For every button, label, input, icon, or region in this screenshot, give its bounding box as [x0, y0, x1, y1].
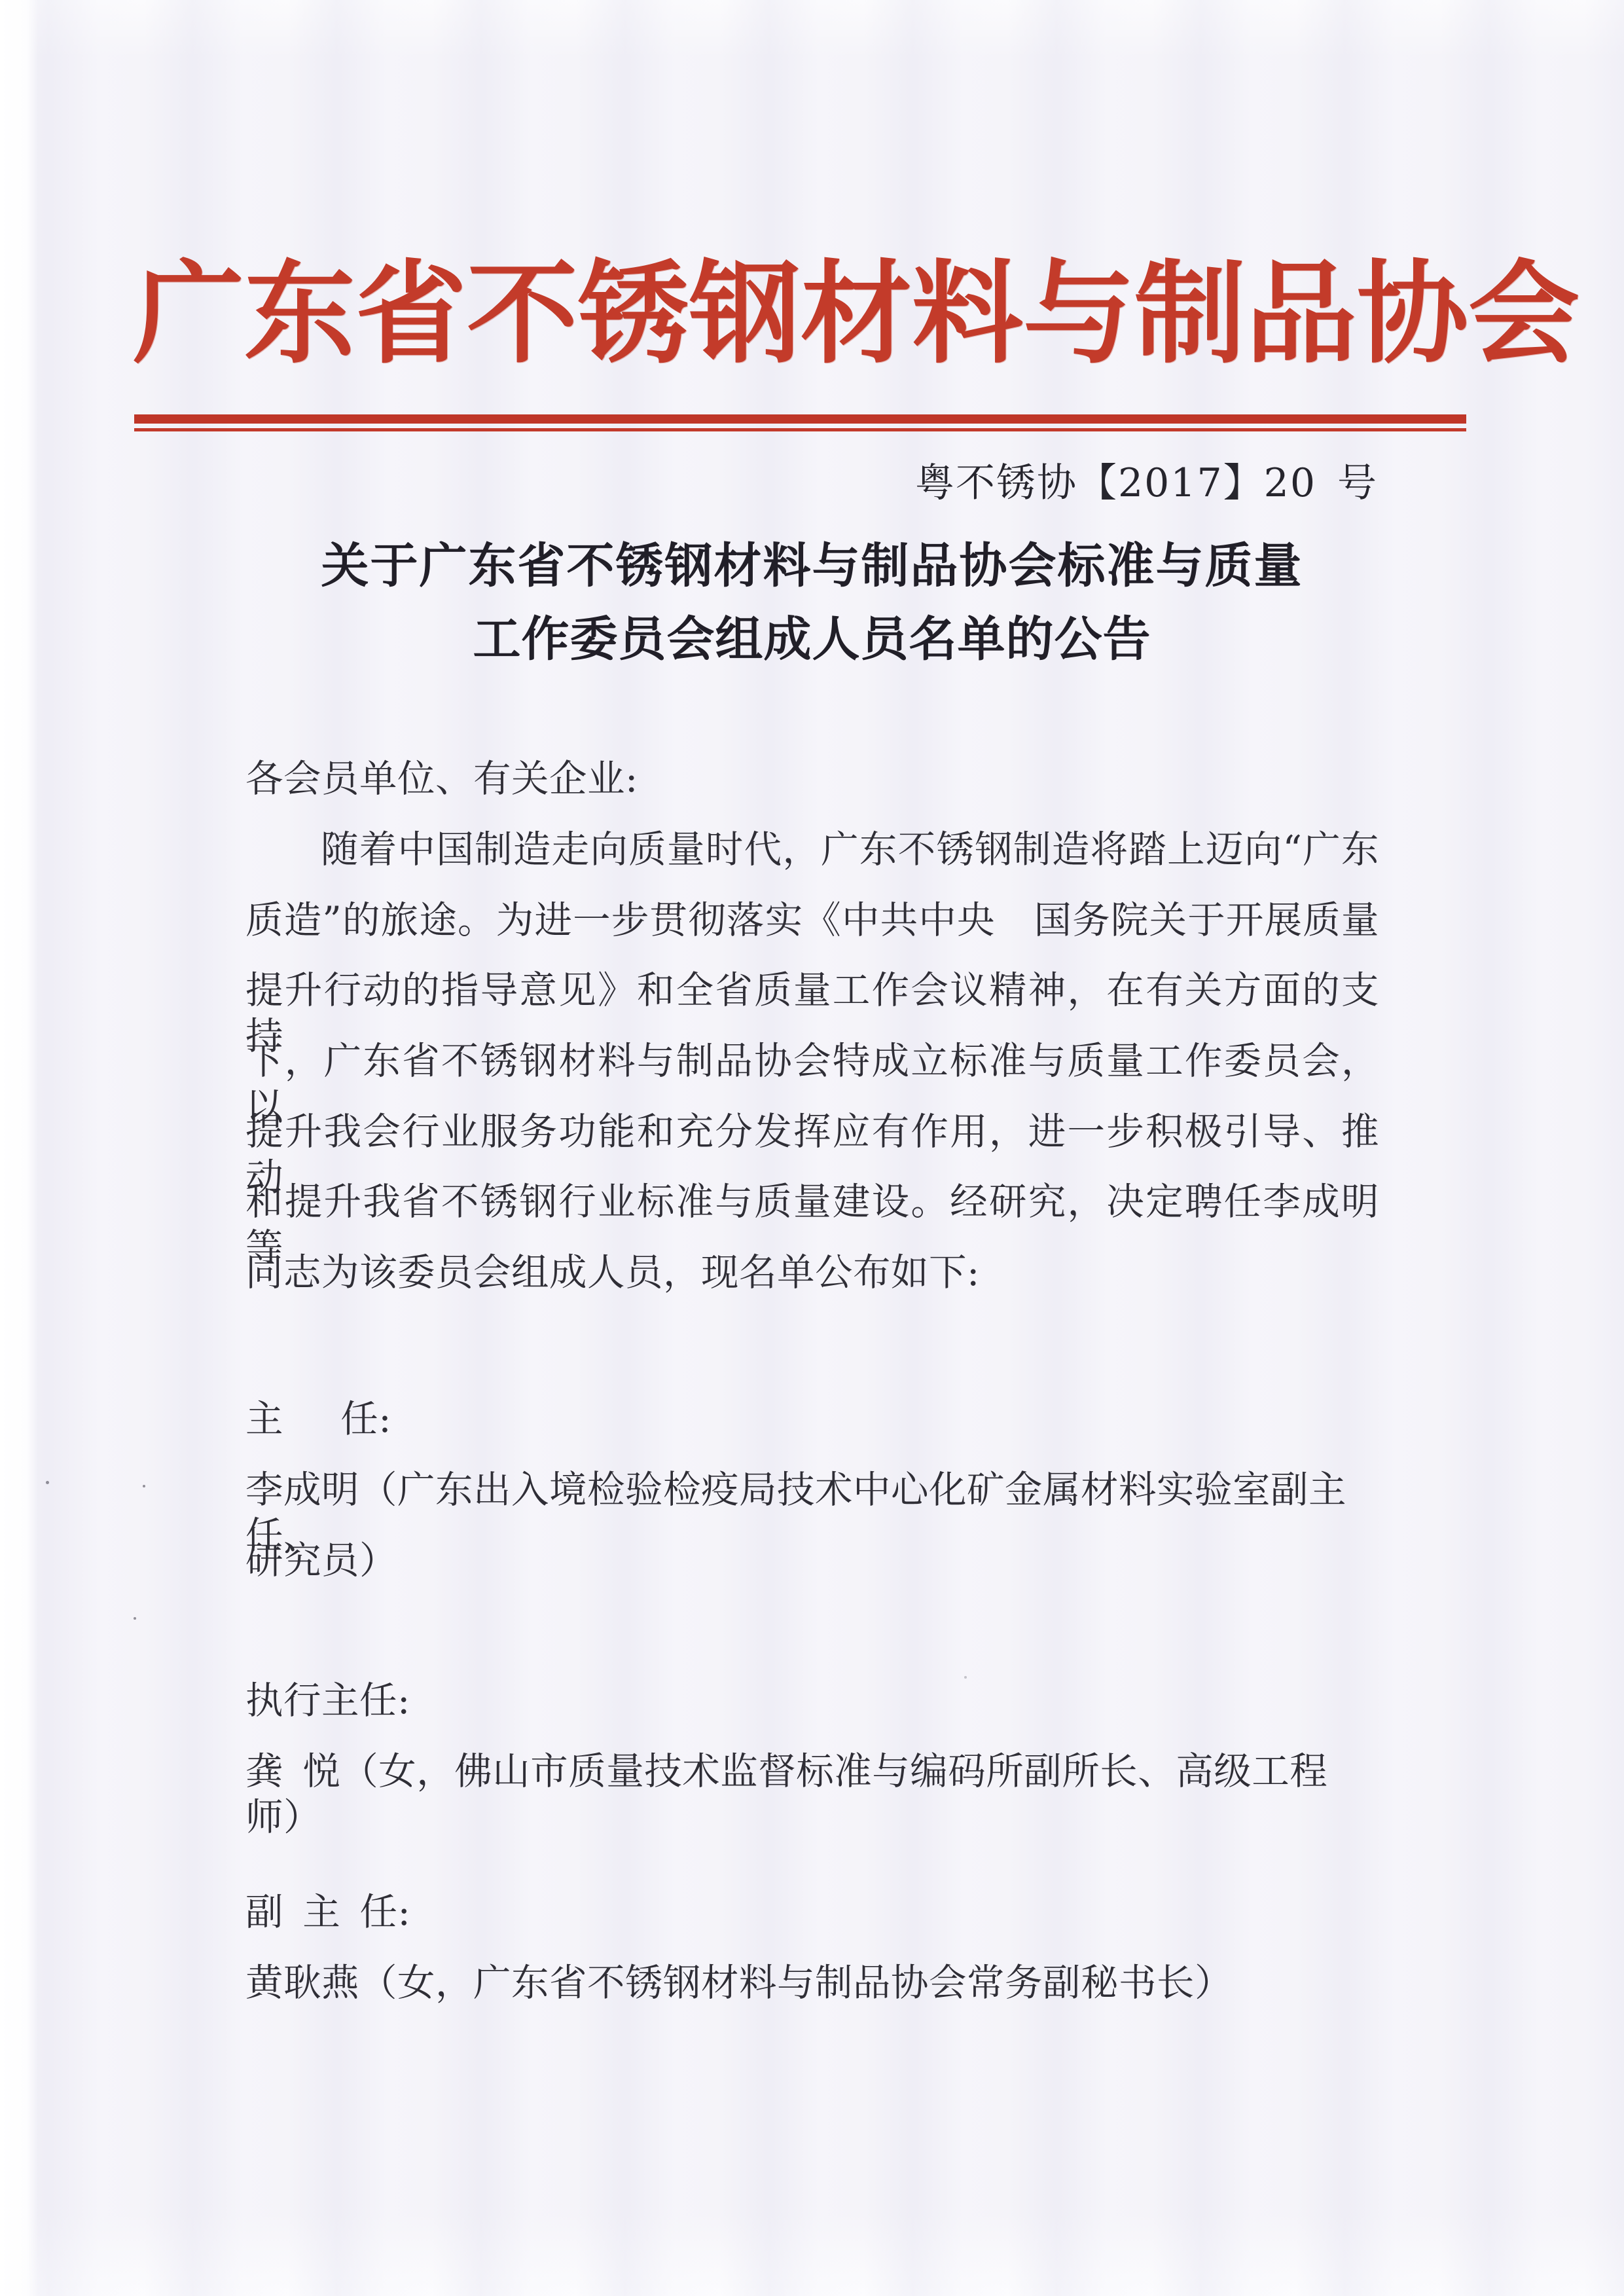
notice-title-line1: 关于广东省不锈钢材料与制品协会标准与质量 [0, 542, 1624, 590]
letterhead-rule-thick [134, 414, 1466, 424]
paragraph-line: 同志为该委员会组成人员，现名单公布如下: [245, 1250, 1379, 1296]
salutation: 各会员单位、有关企业: [245, 756, 1379, 802]
scan-speck [46, 1481, 49, 1484]
paragraph-line: 随着中国制造走向质量时代，广东不锈钢制造将踏上迈向“广东 [245, 827, 1379, 873]
section-deputy-chief-member: 黄耿燕（女，广东省不锈钢材料与制品协会常务副秘书长） [245, 1960, 1379, 2006]
section-executive-chief-member: 龚 悦（女，佛山市质量技术监督标准与编码所副所长、高级工程师） [245, 1749, 1379, 1840]
section-executive-chief-label: 执行主任: [245, 1678, 1379, 1724]
letterhead-org-name: 广东省不锈钢材料与制品协会 [133, 258, 1470, 369]
paragraph-line: 质造”的旅途。为进一步贯彻落实《中共中央 国务院关于开展质量 [245, 898, 1379, 943]
doc-number: 粤不锈协【2017】20 号 [915, 460, 1378, 507]
scan-speck [143, 1485, 145, 1487]
scan-speck [134, 1617, 136, 1620]
scanned-notice-page: 广东省不锈钢材料与制品协会 粤不锈协【2017】20 号 关于广东省不锈钢材料与… [0, 0, 1624, 2296]
letterhead-rule-thin [134, 428, 1466, 431]
section-chief-member-cont: 研究员） [245, 1538, 1379, 1584]
notice-title-line2: 工作委员会组成人员名单的公告 [0, 615, 1624, 663]
section-chief-label: 主 任: [245, 1396, 1379, 1442]
scan-left-edge [0, 0, 38, 2296]
section-deputy-chief-label: 副 主 任: [245, 1889, 1379, 1935]
